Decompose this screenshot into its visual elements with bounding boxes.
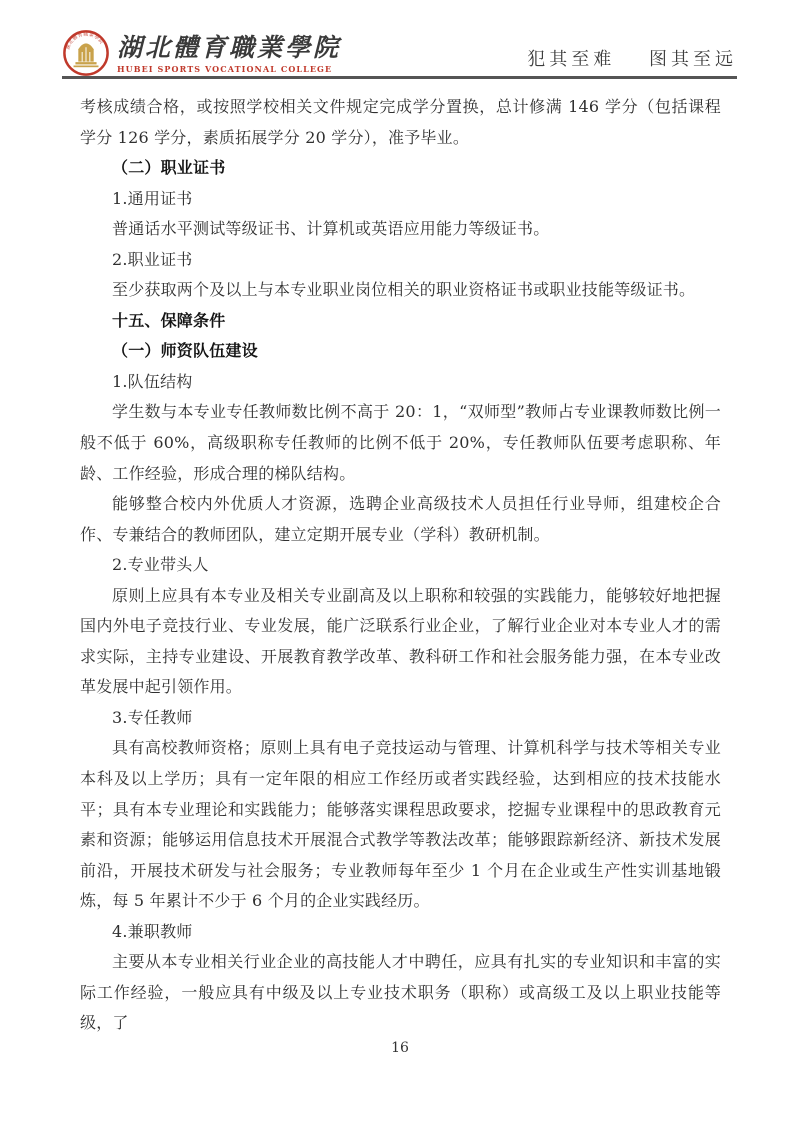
paragraph-subitem: 1.队伍结构 bbox=[80, 367, 721, 398]
paragraph-body: 至少获取两个及以上与本专业职业岗位相关的职业资格证书或职业技能等级证书。 bbox=[80, 275, 721, 306]
motto-right: 图其至远 bbox=[649, 49, 737, 70]
paragraph-continuation: 考核成绩合格，或按照学校相关文件规定完成学分置换，总计修满 146 学分（包括课… bbox=[80, 92, 721, 153]
paragraph-subitem: 1.通用证书 bbox=[80, 184, 721, 215]
paragraph-body: 原则上应具有本专业及相关专业副高及以上职称和较强的实践能力，能够较好地把握国内外… bbox=[80, 581, 721, 703]
letterhead: 湖北體育職業學院 湖北體育職業學院 HUBEI SPORTS VOCATIONA… bbox=[62, 0, 737, 79]
paragraph-body: 普通话水平测试等级证书、计算机或英语应用能力等级证书。 bbox=[80, 214, 721, 245]
paragraph-subitem: 2.职业证书 bbox=[80, 245, 721, 276]
college-name-block: 湖北體育職業學院 HUBEI SPORTS VOCATIONAL COLLEGE bbox=[117, 35, 341, 76]
college-name-en: HUBEI SPORTS VOCATIONAL COLLEGE bbox=[117, 64, 341, 74]
paragraph-body: 主要从本专业相关行业企业的高技能人才中聘任，应具有扎实的专业知识和丰富的实际工作… bbox=[80, 947, 721, 1039]
paragraph-subitem: 4.兼职教师 bbox=[80, 917, 721, 948]
paragraph-heading3: （一）师资队伍建设 bbox=[80, 336, 721, 367]
paragraph-body: 具有高校教师资格；原则上具有电子竞技运动与管理、计算机科学与技术等相关专业本科及… bbox=[80, 733, 721, 916]
document-body: 考核成绩合格，或按照学校相关文件规定完成学分置换，总计修满 146 学分（包括课… bbox=[80, 92, 721, 1039]
paragraph-heading3: （二）职业证书 bbox=[80, 153, 721, 184]
document-page: 湖北體育職業學院 湖北體育職業學院 HUBEI SPORTS VOCATIONA… bbox=[0, 0, 800, 1131]
paragraph-body: 学生数与本专业专任教师数比例不高于 20：1，“双师型”教师占专业课教师数比例一… bbox=[80, 397, 721, 489]
paragraph-heading2: 十五、保障条件 bbox=[80, 306, 721, 337]
college-seal-icon: 湖北體育職業學院 bbox=[62, 29, 110, 77]
page-number: 16 bbox=[0, 1040, 800, 1056]
motto-left: 犯其至难 bbox=[527, 49, 615, 70]
college-name-zh: 湖北體育職業學院 bbox=[117, 35, 341, 61]
paragraph-subitem: 2.专业带头人 bbox=[80, 550, 721, 581]
college-motto: 犯其至难 图其至远 bbox=[527, 45, 737, 76]
paragraph-subitem: 3.专任教师 bbox=[80, 703, 721, 734]
paragraph-body: 能够整合校内外优质人才资源，选聘企业高级技术人员担任行业导师，组建校企合作、专兼… bbox=[80, 489, 721, 550]
college-logo: 湖北體育職業學院 湖北體育職業學院 HUBEI SPORTS VOCATIONA… bbox=[62, 29, 341, 76]
